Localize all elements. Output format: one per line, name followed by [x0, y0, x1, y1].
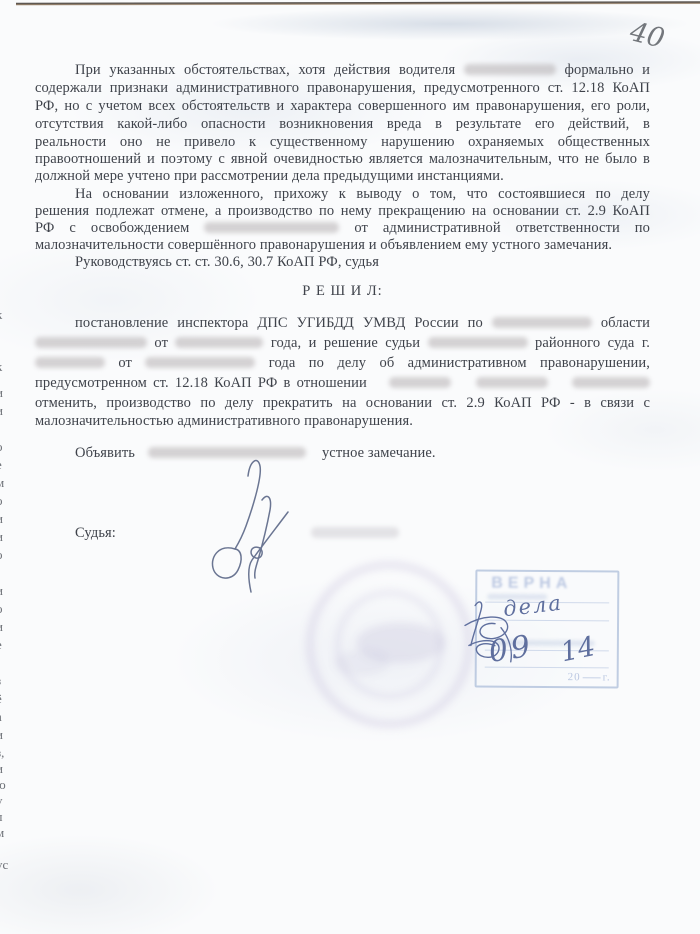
redacted-text-blur: [389, 377, 451, 388]
text-segment: от административной ответственности по: [354, 220, 650, 236]
redacted-text-blur: [464, 64, 556, 75]
text-segment: года, и решение судьи: [271, 335, 420, 351]
spacer: [139, 456, 145, 457]
text-segment: Объявить: [75, 445, 135, 461]
edge-cutoff-letter: а: [0, 710, 2, 723]
handwritten-scribble: [455, 597, 535, 668]
text-line: от года по делу об административном прав…: [35, 355, 650, 372]
spacer: [310, 456, 318, 457]
edge-cutoff-letter: и: [0, 584, 3, 597]
edge-cutoff-letter: з,: [0, 746, 4, 759]
stamp-year-prefix: 20: [568, 671, 581, 683]
edge-cutoff-letter: и: [0, 728, 3, 741]
redacted-text-blur: [572, 377, 650, 388]
text-segment: области: [601, 315, 650, 331]
edge-cutoff-letter: ус: [0, 858, 8, 871]
redacted-text-blur: [145, 357, 255, 368]
text-line: постановление инспектора ДПС УГИБДД УМВД…: [75, 315, 650, 332]
text-line: отменить, производство по делу прекратит…: [35, 395, 650, 412]
handwritten-number-14: 14: [558, 631, 598, 668]
text-segment: решения подлежат отмене, а производство …: [35, 203, 650, 219]
text-line: малозначительностью административного пр…: [35, 413, 650, 430]
text-segment: РФ, но с учетом всех обстоятельств и хар…: [35, 98, 650, 114]
redacted-text-blur: [311, 527, 399, 538]
text-segment: содержали признаки административного пра…: [35, 80, 650, 96]
text-line: предусмотренном ст. 12.18 КоАП РФ в отно…: [35, 375, 650, 392]
text-segment: Руководствуясь ст. ст. 30.6, 30.7 КоАП Р…: [75, 254, 379, 270]
text-line: РФ с освобождением от административной о…: [35, 220, 650, 237]
scanned-court-decision-page: 40 При указанных обстоятельствах, хотя д…: [0, 0, 700, 934]
text-segment: реальности оно не привело к существенном…: [35, 134, 650, 150]
text-line: малозначительности совершённого правонар…: [35, 237, 650, 254]
stamp-year-suffix: г.: [603, 671, 611, 683]
text-segment: предусмотренном ст. 12.18 КоАП РФ в отно…: [35, 375, 367, 391]
text-segment: от: [118, 355, 132, 371]
edge-cutoff-letter: о: [0, 548, 3, 561]
text-segment: районного суда г.: [535, 335, 650, 351]
edge-cutoff-letter: у: [0, 794, 3, 807]
stamp-year-blank-line: [583, 677, 601, 678]
redacted-text-blur: [35, 337, 147, 348]
edge-cutoff-letter: о: [0, 494, 3, 507]
text-line: отсутствия какой-либо опасности возникно…: [35, 116, 650, 133]
text-segment: отменить, производство по делу прекратит…: [35, 395, 650, 411]
text-segment: должной мере учтено при рассмотрении дел…: [35, 168, 504, 184]
stamp-year-line: 20г.: [568, 671, 611, 683]
edge-cutoff-letter: ю: [0, 778, 6, 791]
edge-cutoff-letter: к: [0, 360, 2, 373]
copy-certification-stamp: ВЕРНА 20г. дела 09 14: [475, 569, 620, 688]
spacer: [457, 386, 469, 387]
edge-cutoff-letter: и: [0, 404, 3, 417]
text-line: Объявить устное замечание.: [75, 445, 650, 462]
edge-cutoff-letter: и: [0, 512, 3, 525]
edge-cutoff-letter: к: [0, 308, 2, 321]
edge-cutoff-letter: м: [0, 826, 4, 839]
edge-cutoff-letter: и: [0, 620, 3, 633]
handwritten-page-number: 40: [627, 16, 668, 54]
text-line: от года, и решение судьи районного суда …: [35, 335, 650, 352]
text-line: должной мере учтено при рассмотрении дел…: [35, 168, 650, 185]
edge-cutoff-letter: и: [0, 530, 3, 543]
edge-cutoff-letter: о: [0, 440, 3, 453]
edge-cutoff-letter: и: [0, 386, 3, 399]
text-line: реальности оно не привело к существенном…: [35, 134, 650, 151]
edge-cutoff-letter: з: [0, 674, 1, 687]
edge-cutoff-letter: е: [0, 638, 2, 651]
text-segment: малозначительности совершённого правонар…: [35, 237, 612, 253]
text-segment: года по делу об административном правона…: [269, 355, 650, 371]
scan-top-edge-line: [16, 1, 700, 5]
redacted-text-blur: [492, 317, 592, 328]
text-segment: правоотношений и поэтому с явной очевидн…: [35, 151, 650, 167]
text-line: Руководствуясь ст. ст. 30.6, 30.7 КоАП Р…: [75, 254, 650, 271]
redacted-text-blur: [175, 337, 263, 348]
judge-signature: [198, 452, 308, 597]
text-line: Судья:: [75, 525, 650, 542]
edge-cutoff-letter: и: [0, 762, 3, 775]
text-line: На основании изложенного, прихожу к выво…: [75, 186, 650, 203]
text-segment: Р Е Ш И Л:: [302, 283, 382, 299]
text-line: правоотношений и поэтому с явной очевидн…: [35, 151, 650, 168]
spacer: [554, 386, 566, 387]
text-line: При указанных обстоятельствах, хотя дейс…: [75, 62, 650, 79]
text-line: решения подлежат отмене, а производство …: [35, 203, 650, 220]
signature-strokes: [198, 452, 308, 597]
text-segment: малозначительностью административного пр…: [35, 413, 413, 429]
text-segment: устное замечание.: [322, 445, 436, 461]
edge-cutoff-letter: е: [0, 458, 2, 471]
text-segment: Судья:: [75, 525, 116, 541]
edge-cutoff-letter: л: [0, 810, 3, 823]
text-segment: формально и: [564, 62, 650, 78]
edge-cutoff-letter: ё: [0, 692, 2, 705]
redacted-text-blur: [476, 377, 548, 388]
spacer: [373, 386, 383, 387]
text-segment: При указанных обстоятельствах, хотя дейс…: [75, 62, 455, 78]
text-line: содержали признаки административного пра…: [35, 80, 650, 97]
edge-cutoff-letter: м: [0, 476, 4, 489]
text-segment: постановление инспектора ДПС УГИБДД УМВД…: [75, 315, 483, 331]
text-segment: от: [154, 335, 168, 351]
redacted-text-blur: [428, 337, 528, 348]
text-line: РФ, но с учетом всех обстоятельств и хар…: [35, 98, 650, 115]
redacted-text-blur: [204, 222, 339, 233]
text-segment: На основании изложенного, прихожу к выво…: [75, 186, 650, 202]
redacted-text-blur: [35, 357, 105, 368]
text-segment: РФ с освобождением: [35, 220, 189, 236]
text-line: Р Е Ш И Л:: [35, 283, 650, 300]
text-segment: отсутствия какой-либо опасности возникно…: [35, 116, 650, 132]
edge-cutoff-letter: о: [0, 602, 3, 615]
